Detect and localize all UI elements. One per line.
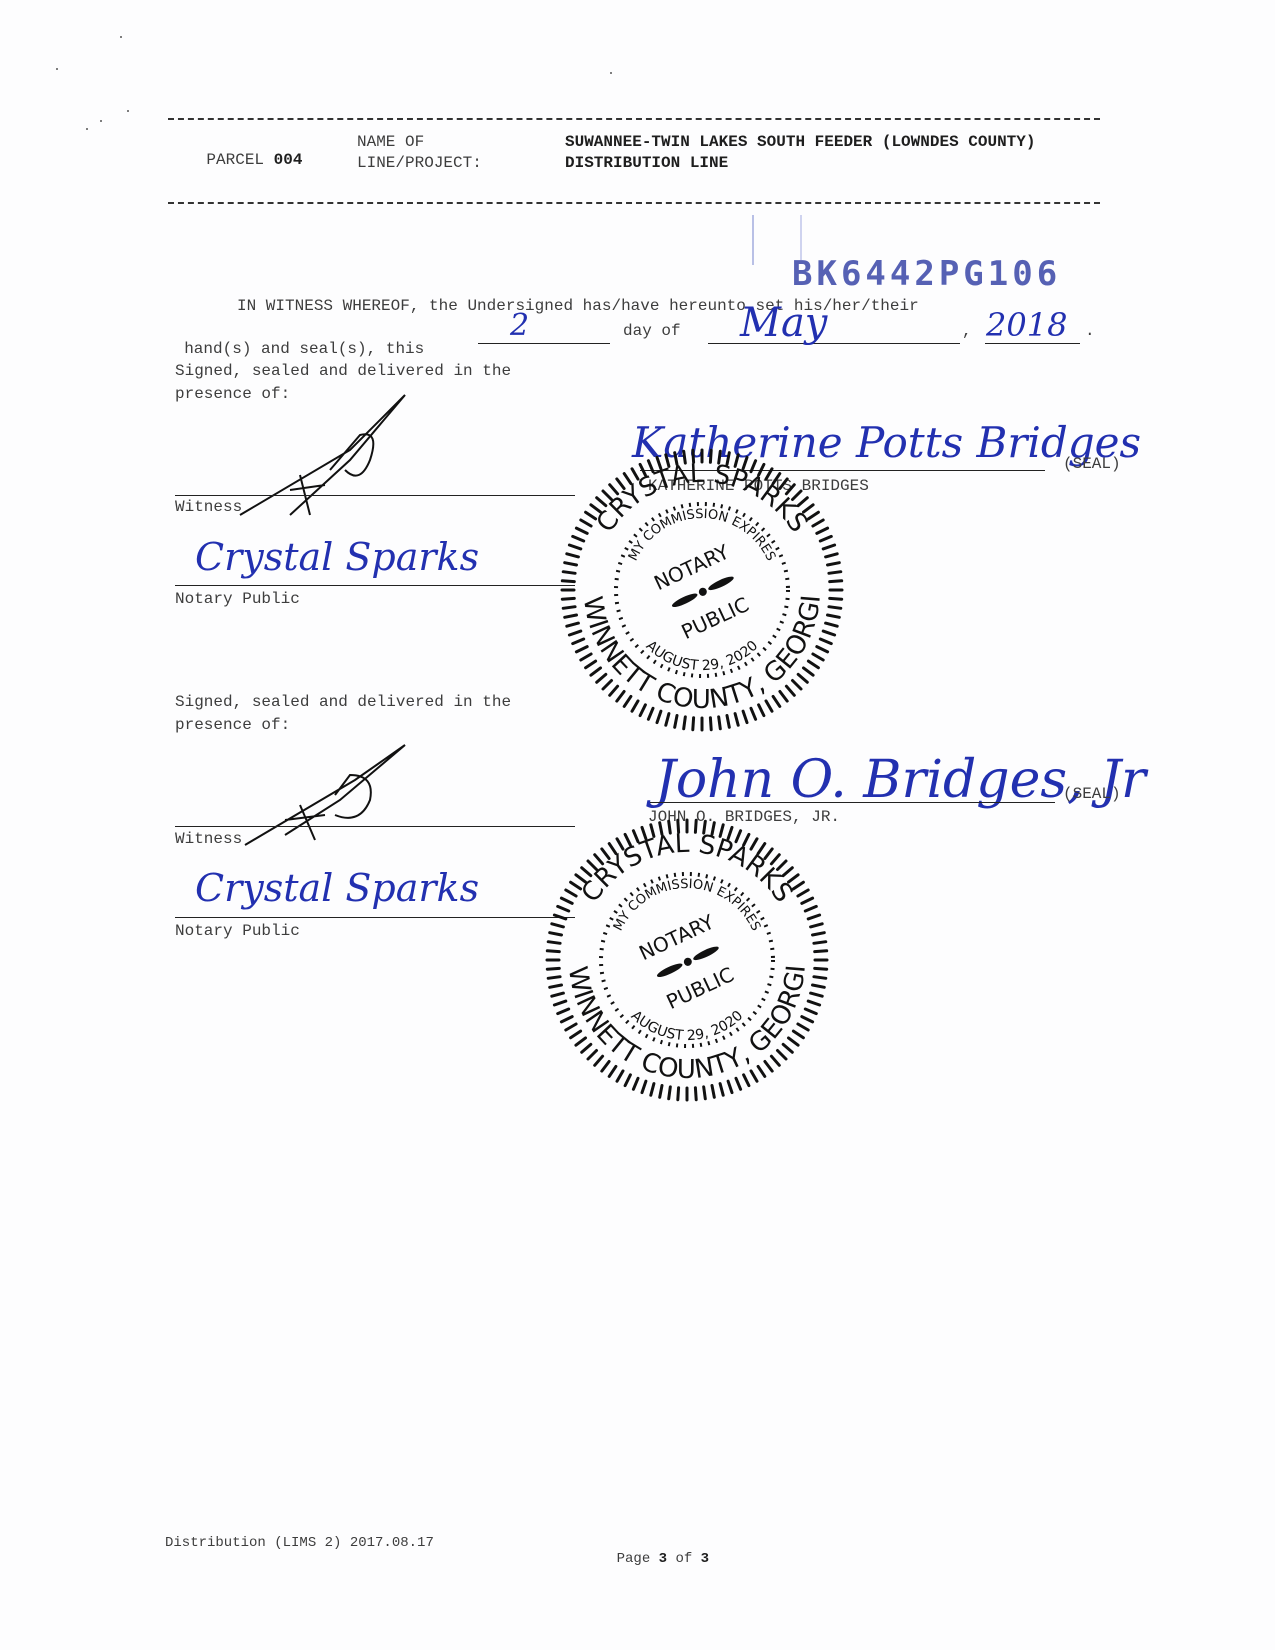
scan-speck (120, 36, 122, 38)
header-top-divider (168, 118, 1100, 120)
period: . (1085, 322, 1095, 340)
day-handwritten: 2 (510, 308, 529, 343)
notary-signature: Crystal Sparks (195, 866, 479, 910)
page-prefix: Page (617, 1551, 651, 1567)
year-handwritten: 2018 (986, 306, 1067, 344)
parcel-number: 004 (274, 151, 303, 169)
svg-text:CRYSTAL SPARKS: CRYSTAL SPARKS (576, 829, 799, 908)
page-current: 3 (659, 1551, 667, 1567)
scan-speck (56, 68, 58, 70)
scan-speck (86, 128, 88, 130)
witness-line (175, 495, 575, 496)
header-bottom-divider (168, 202, 1100, 204)
recording-book-page-stamp: BK6442PG106 (792, 254, 1061, 294)
presence-line1: Signed, sealed and delivered in the (175, 362, 511, 380)
notary-signature: Crystal Sparks (195, 535, 479, 579)
parcel-field: PARCEL 004 (168, 133, 302, 187)
page-of: of (675, 1551, 692, 1567)
form-identifier: Distribution (LIMS 2) 2017.08.17 (165, 1535, 434, 1551)
witness-signature (230, 390, 430, 530)
presence-line1: Signed, sealed and delivered in the (175, 693, 511, 711)
witness-label: Witness (175, 830, 242, 848)
project-name: SUWANNEE-TWIN LAKES SOUTH FEEDER (LOWNDE… (565, 133, 1035, 151)
page-total: 3 (701, 1551, 709, 1567)
scan-speck (610, 72, 612, 74)
day-of-label: day of (623, 322, 681, 340)
parcel-label: PARCEL (206, 151, 264, 169)
day-blank-line (478, 343, 610, 344)
clause-prefix: hand(s) and seal(s), this (184, 340, 424, 358)
witness-label: Witness (175, 498, 242, 516)
witness-signature (225, 735, 425, 855)
notary-public-label: Notary Public (175, 922, 300, 940)
notary-public-label: Notary Public (175, 590, 300, 608)
page-indicator: Page 3 of 3 (583, 1535, 709, 1583)
notary-seal-1: CRYSTAL SPARKS GWINNETT COUNTY, GEORGIA … (560, 448, 844, 732)
svg-text:AUGUST 29, 2020: AUGUST 29, 2020 (628, 1008, 746, 1044)
line-project-label: LINE/PROJECT: (357, 154, 482, 172)
month-handwritten: May (740, 300, 827, 346)
svg-text:CRYSTAL SPARKS: CRYSTAL SPARKS (591, 459, 814, 538)
project-type: DISTRIBUTION LINE (565, 154, 728, 172)
signer-line (650, 802, 1055, 803)
svg-text:AUGUST 29, 2020: AUGUST 29, 2020 (643, 638, 761, 674)
seal-label: (SEAL) (1063, 785, 1121, 803)
witness-clause-line2: hand(s) and seal(s), this (165, 322, 424, 358)
seal-label: (SEAL) (1063, 455, 1121, 473)
witness-line (175, 826, 575, 827)
scan-speck (100, 120, 102, 122)
notary-seal-2: CRYSTAL SPARKS GWINNETT COUNTY, GEORGIA … (545, 818, 829, 1102)
bleed-mark (752, 215, 754, 265)
comma: , (962, 322, 972, 340)
presence-line2: presence of: (175, 716, 290, 734)
scan-speck (127, 110, 129, 112)
notary-line (175, 585, 575, 586)
notary-line (175, 917, 575, 918)
name-of-label: NAME OF (357, 133, 424, 151)
